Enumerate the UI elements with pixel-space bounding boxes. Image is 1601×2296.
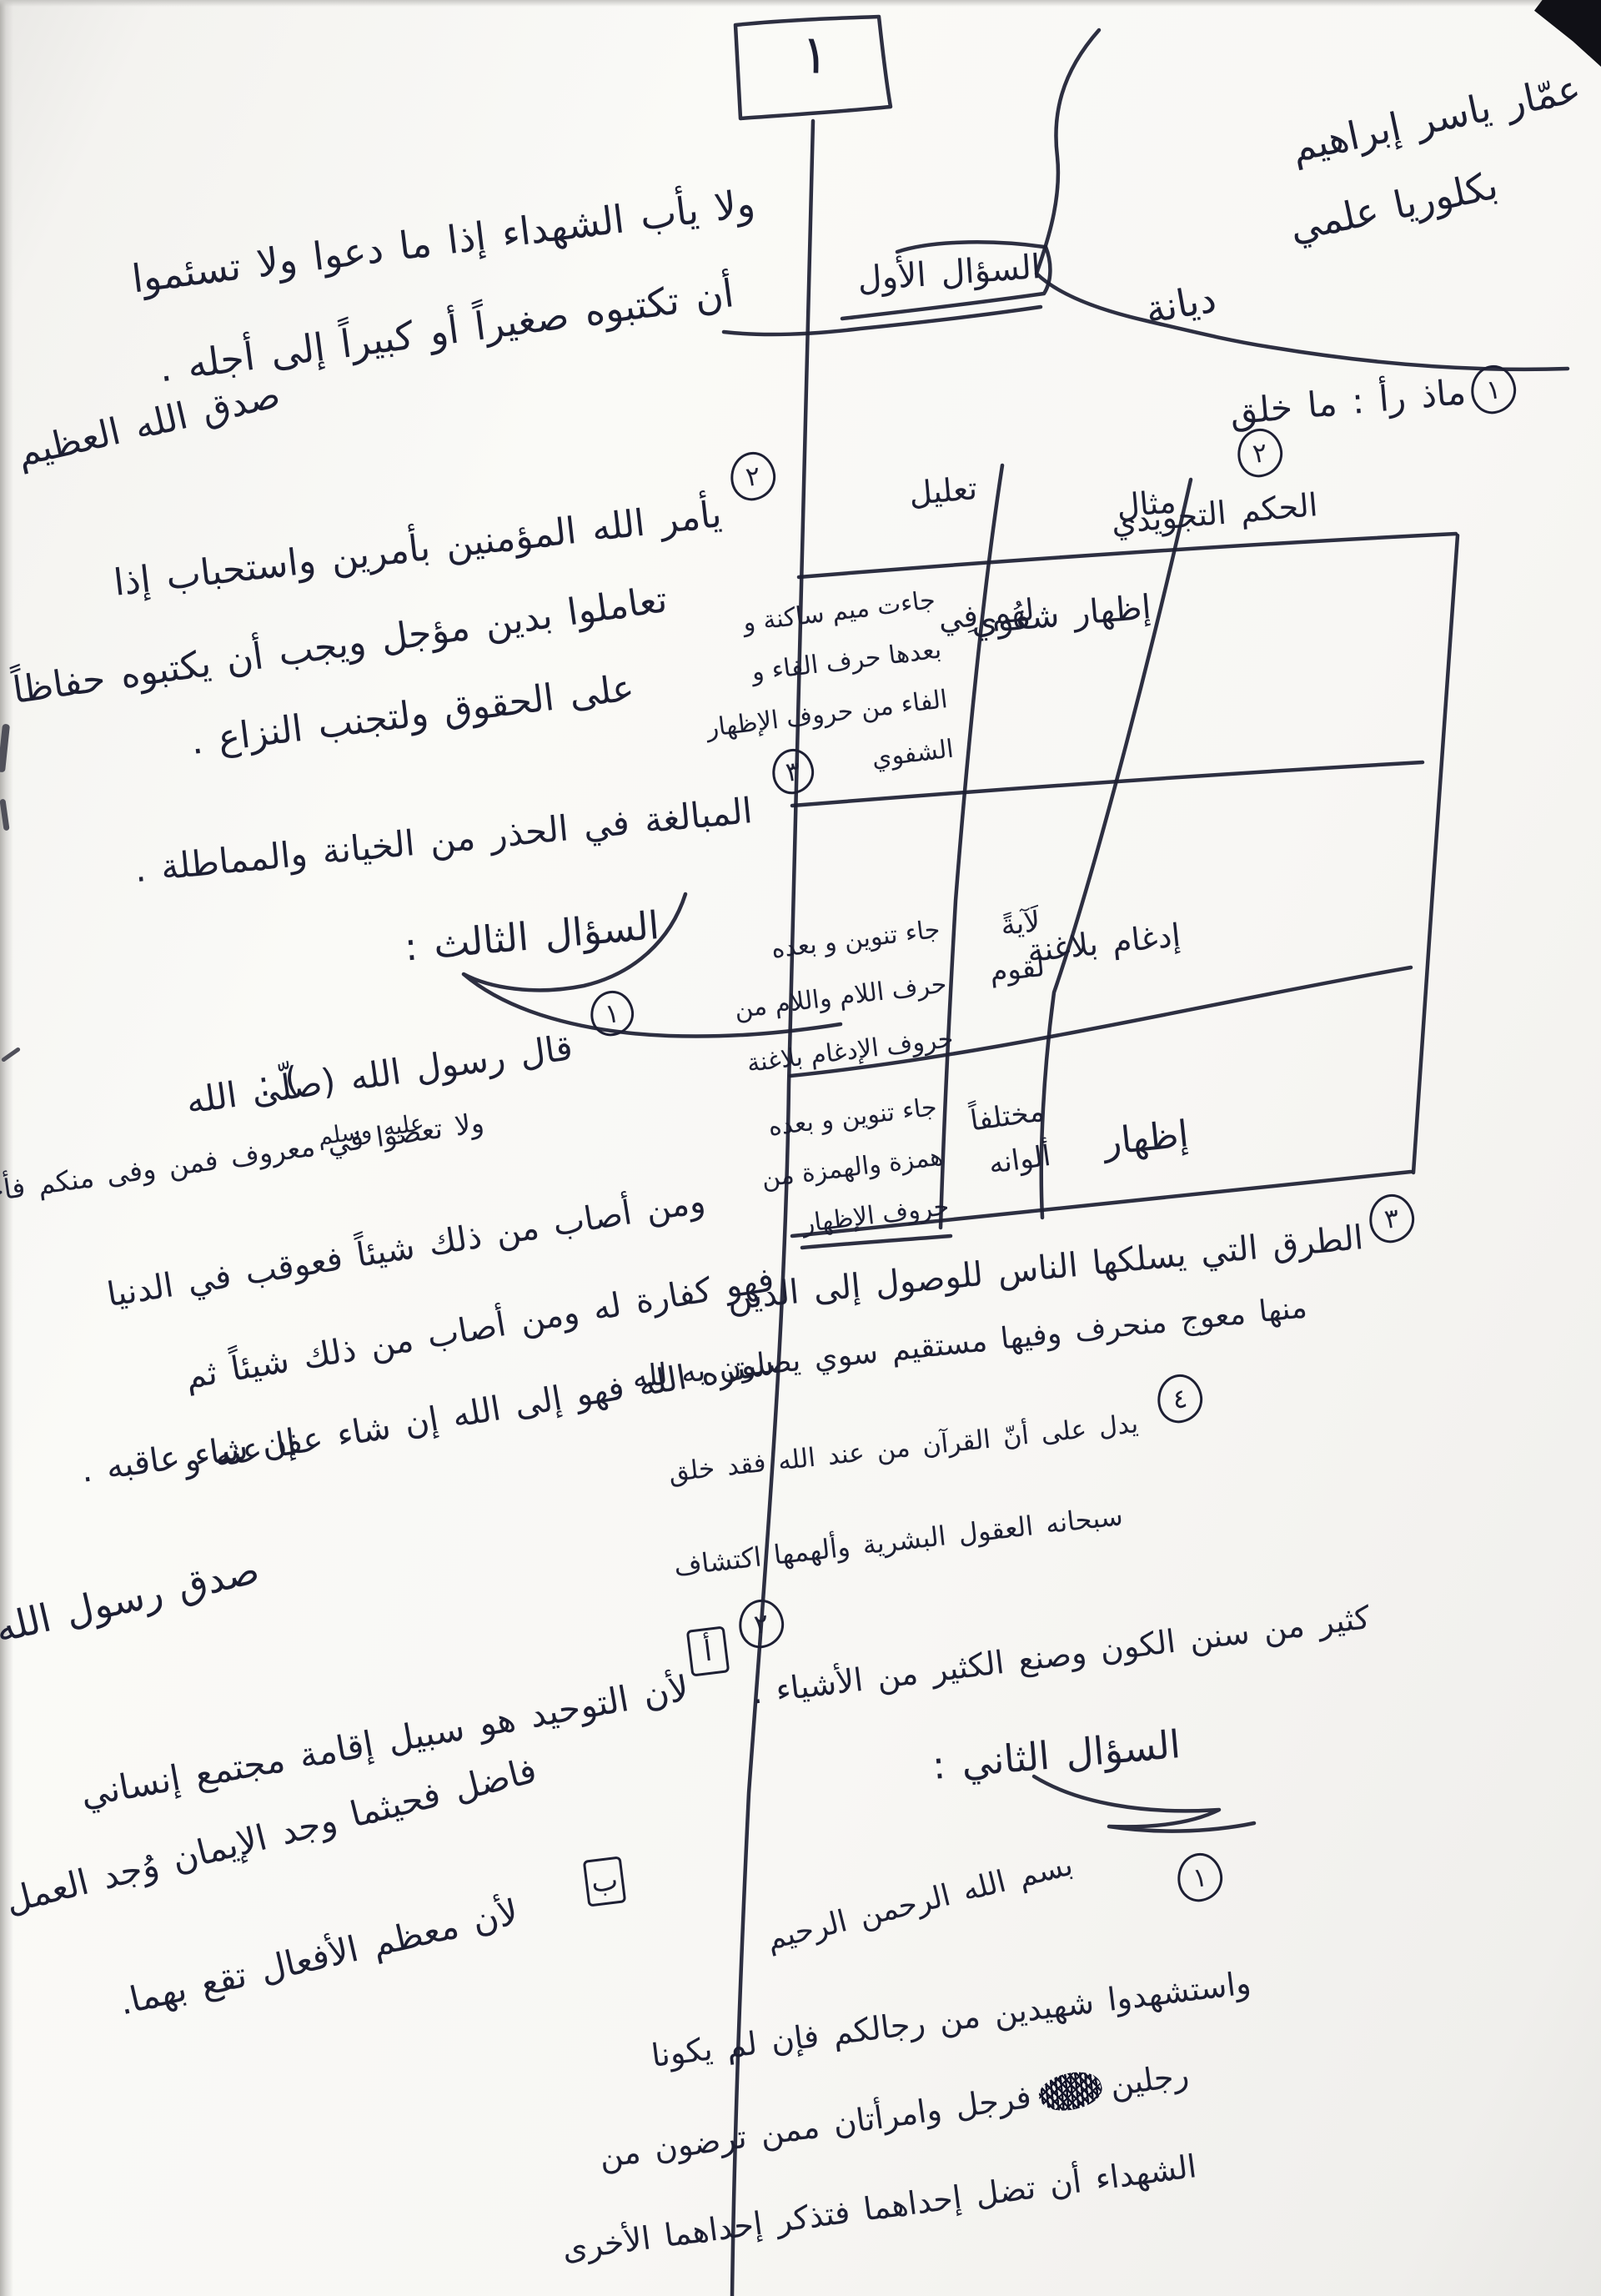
table-col-reason: تعليل [908, 470, 979, 512]
table-grid-h1 [799, 534, 1456, 577]
q2-title-flourish [1034, 1776, 1254, 1831]
table-row3-rule: إظهار [1102, 1113, 1191, 1163]
table-row2-example: لَآيةً لقوم [938, 899, 1047, 1000]
table-row1-reason: جاءت ميم ساكنة و بعدها حرف الفاء و الفاء… [691, 575, 956, 804]
table-row3-reason: جاء تنوين و بعده همزة والهمزة من حروف ال… [753, 1083, 952, 1254]
page-number: ١ [799, 26, 830, 87]
q3-hadith-intro-end: ) : [255, 1059, 301, 1103]
table-col-example: مثال [1115, 484, 1177, 525]
q3-item2-sub-a: أ [686, 1625, 730, 1676]
q3-item2-sub-b: ب [583, 1856, 626, 1907]
table-grid-right-border [1413, 535, 1458, 1173]
scanned-exam-page: ١ عمّار ياسر إبراهيم بكلوريا علمي ديانة … [0, 0, 1601, 2296]
table-row2-reason: جاء تنوين و بعده حرف اللام واللام من حرو… [725, 902, 956, 1093]
